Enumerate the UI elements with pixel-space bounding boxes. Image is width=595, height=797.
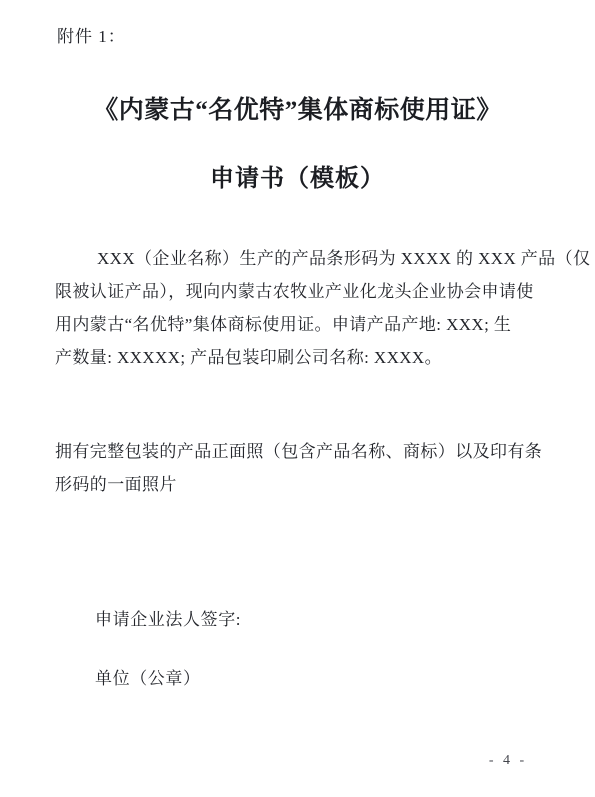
text-line: XXX（企业名称）生产的产品条形码为 XXXX 的 XXX 产品（仅 bbox=[55, 242, 547, 275]
company-seal-label: 单位（公章） bbox=[95, 664, 201, 689]
page-number: - 4 - bbox=[468, 753, 548, 769]
text-line: 拥有完整包装的产品正面照（包含产品名称、商标）以及印有条 bbox=[55, 435, 547, 468]
document-title: 《内蒙古“名优特”集体商标使用证》 bbox=[0, 90, 595, 126]
text-line: 形码的一面照片 bbox=[55, 468, 547, 501]
attachment-label: 附件 1： bbox=[57, 22, 126, 47]
photo-requirement-paragraph: 拥有完整包装的产品正面照（包含产品名称、商标）以及印有条形码的一面照片 bbox=[55, 435, 547, 501]
document-page: 附件 1： 《内蒙古“名优特”集体商标使用证》 申请书（模板） XXX（企业名称… bbox=[0, 0, 595, 797]
text-line: 用内蒙古“名优特”集体商标使用证。申请产品产地: XXX; 生 bbox=[55, 308, 547, 341]
application-statement-paragraph: XXX（企业名称）生产的产品条形码为 XXXX 的 XXX 产品（仅限被认证产品… bbox=[55, 242, 547, 374]
document-subtitle: 申请书（模板） bbox=[0, 158, 595, 193]
text-line: 产数量: XXXXX; 产品包装印刷公司名称: XXXX。 bbox=[55, 341, 547, 374]
legal-person-signature-label: 申请企业法人签字: bbox=[95, 605, 241, 630]
text-line: 限被认证产品），现向内蒙古农牧业产业化龙头企业协会申请使 bbox=[55, 275, 547, 308]
